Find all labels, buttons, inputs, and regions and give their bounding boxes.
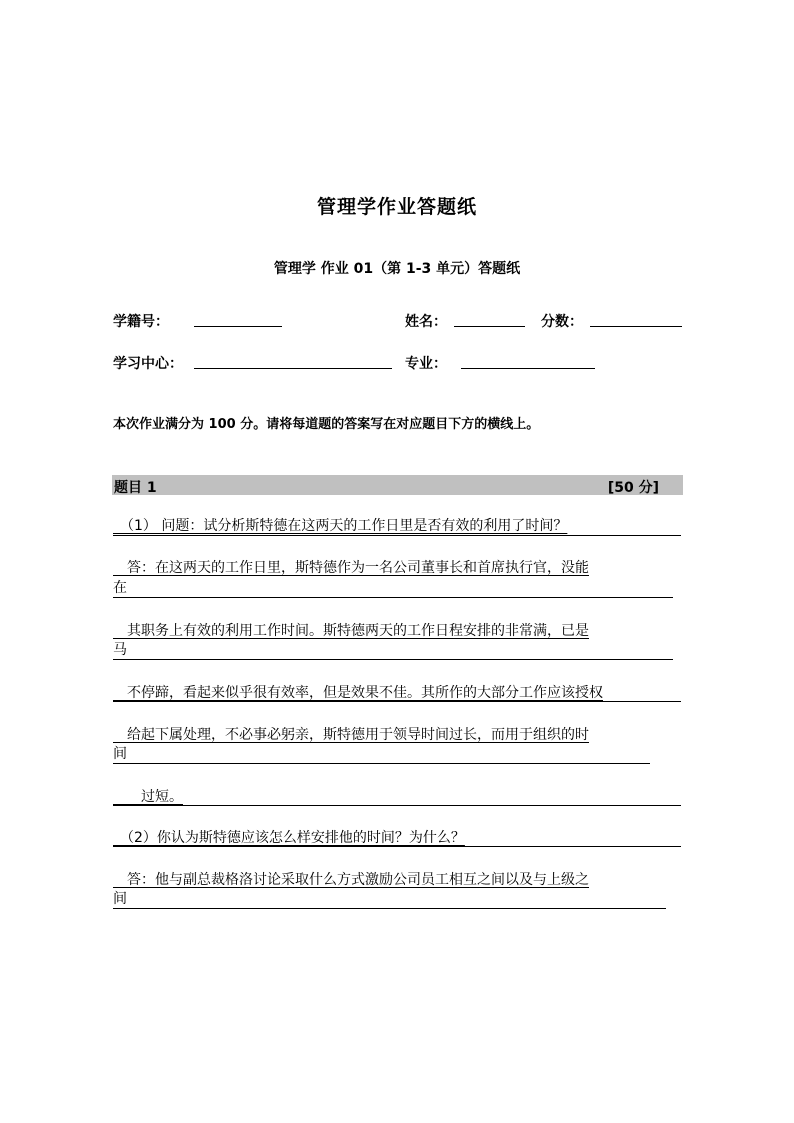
student-id-field[interactable] [194,326,282,327]
answer-line[interactable]: 其职务上有效的利用工作时间。斯特德两天的工作日程安排的非常满，已是 [113,621,589,641]
answer-line-wrap[interactable]: 马 [113,640,127,660]
answer-line[interactable]: 过短。 [113,787,183,807]
answer-line-text: （2）你认为斯特德应该怎么样安排他的时间？为什么？ [113,830,465,846]
answer-line[interactable]: 答：在这两天的工作日里，斯特德作为一名公司董事长和首席执行官，没能 [113,558,589,578]
document-title: 管理学作业答题纸 [0,192,794,219]
answer-line-wrap-text: 间 [113,891,127,907]
answer-line-wrap-text: 在 [113,580,127,596]
answer-line[interactable]: 不停蹄，看起来似乎很有效率，但是效果不佳。其所作的大部分工作应该授权 [113,683,603,703]
question-header-bar: 题目 1 [50 分] [112,475,683,495]
answer-line-wrap[interactable]: 在 [113,578,127,598]
learning-center-field[interactable] [194,368,392,369]
answer-underline [113,659,673,660]
student-id-label: 学籍号： [113,311,169,331]
answer-underline [113,763,650,764]
major-label: 专业： [405,353,447,373]
answer-line-wrap-text: 间 [113,746,127,762]
question-score: [50 分] [608,477,659,497]
score-field[interactable] [590,326,682,327]
name-label: 姓名： [405,311,447,331]
answer-underline [113,805,681,806]
answer-line[interactable]: 答：他与副总裁格洛讨论采取什么方式激励公司员工相互之间以及与上级之 [113,870,589,890]
answer-underline [113,701,681,702]
instructions-notice: 本次作业满分为 100 分。请将每道题的答案写在对应题目下方的横线上。 [113,413,539,432]
answer-line[interactable]: （1） 问题：试分析斯特德在这两天的工作日里是否有效的利用了时间？ [113,516,567,536]
major-field[interactable] [461,368,595,369]
answer-line-text: 给起下属处理，不必事必躬亲，斯特德用于领导时间过长，而用于组织的时 [113,727,589,743]
answer-line-text: 不停蹄，看起来似乎很有效率，但是效果不佳。其所作的大部分工作应该授权 [113,685,603,701]
answer-line[interactable]: 给起下属处理，不必事必躬亲，斯特德用于领导时间过长，而用于组织的时 [113,725,589,745]
answer-line-text: 答：他与副总裁格洛讨论采取什么方式激励公司员工相互之间以及与上级之 [113,872,589,888]
answer-line-text: 答：在这两天的工作日里，斯特德作为一名公司董事长和首席执行官，没能 [113,560,589,576]
answer-underline [113,908,666,909]
question-title: 题目 1 [114,477,157,497]
answer-line[interactable]: （2）你认为斯特德应该怎么样安排他的时间？为什么？ [113,828,465,848]
name-field[interactable] [454,326,525,327]
answer-line-text: 过短。 [113,789,183,805]
answer-underline [113,597,673,598]
answer-line-wrap-text: 马 [113,642,127,658]
answer-underline [113,846,681,847]
learning-center-label: 学习中心： [113,353,183,373]
answer-underline [113,535,681,536]
score-label: 分数： [541,311,583,331]
answer-line-text: （1） 问题：试分析斯特德在这两天的工作日里是否有效的利用了时间？ [113,518,567,534]
answer-line-text: 其职务上有效的利用工作时间。斯特德两天的工作日程安排的非常满，已是 [113,623,589,639]
answer-line-wrap[interactable]: 间 [113,744,127,764]
answer-line-wrap[interactable]: 间 [113,889,127,909]
document-subtitle: 管理学 作业 01（第 1-3 单元）答题纸 [0,258,794,278]
